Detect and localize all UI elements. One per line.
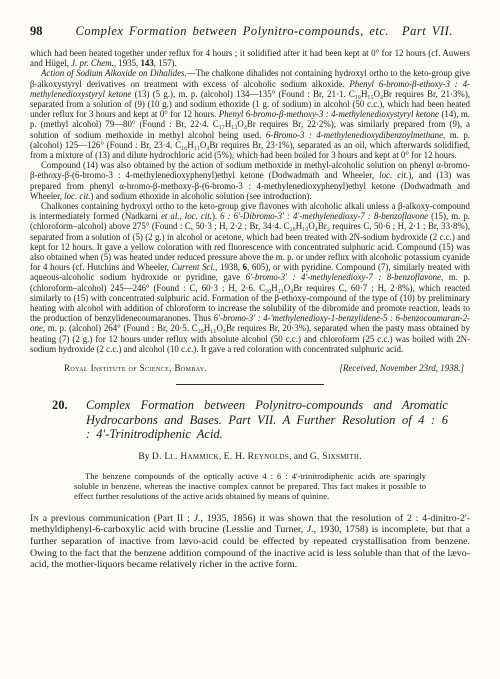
paragraph: Chalkones containing hydroxyl ortho to t… (30, 201, 470, 354)
institution-name: Royal Institute of Science, Bombay. (64, 363, 207, 373)
text-run: . (359, 452, 361, 462)
paragraph: Action of Sodium Alkoxide on Dihalides.—… (30, 68, 470, 160)
byline: By D. Ll. Hammick, E. H. Reynolds, and G… (30, 452, 470, 462)
text-run: J. (307, 524, 314, 535)
text-run: ). (212, 211, 220, 221)
received-date: [Received, November 23rd, 1938.] (339, 363, 464, 373)
text-run: et al., loc. cit. (161, 211, 212, 221)
text-run: Complex Formation between Polynitro-comp… (86, 398, 448, 441)
text-run: , and (289, 452, 310, 462)
journal-page-scan: 98 Complex Formation between Polynitro-c… (0, 0, 500, 679)
institution-signoff: Royal Institute of Science, Bombay. [Rec… (30, 363, 470, 373)
article-number: 20. (52, 398, 68, 413)
text-run: 6 : 6'-Dibromo-3' : 4'-methylenedioxy-7 … (220, 211, 428, 221)
text-run: 6-Bromo-3 : 4-methylenedioxydibenzoylmet… (266, 130, 443, 140)
text-run: , m. p. (alcohol) 264° (Found : Br, 20·5… (30, 323, 470, 353)
text-run: loc. cit. (379, 170, 408, 180)
experimental-section: which had been heated together under ref… (30, 48, 470, 354)
text-run: loc. cit. (64, 191, 90, 201)
text-run: J. pr. Chem. (71, 58, 114, 68)
text-run: a previous communication (Part II ; (39, 513, 194, 524)
article-title: Complex Formation between Polynitro-comp… (86, 398, 448, 441)
paragraph: which had been heated together under ref… (30, 48, 470, 68)
text-run: 6'-bromo-3' : 4'-methylenedioxy-7 : 8-be… (246, 272, 441, 282)
text-run: G. Sixsmith (310, 452, 359, 462)
running-title: Complex Formation between Polynitro-comp… (59, 24, 471, 39)
text-run: E. H. Reynolds (224, 452, 289, 462)
running-head: 98 Complex Formation between Polynitro-c… (30, 24, 470, 39)
text-run: D. Ll. Hammick (152, 452, 219, 462)
new-article: 20. Complex Formation between Polynitro-… (30, 398, 470, 570)
text-run: The benzene compounds of the optically a… (74, 471, 426, 501)
text-run: ) and sodium ethoxide in alcoholic solut… (91, 191, 312, 201)
paragraph: The benzene compounds of the optically a… (74, 471, 426, 501)
article-body: In a previous communication (Part II ; J… (30, 513, 470, 571)
paragraph: In a previous communication (Part II ; J… (30, 513, 470, 571)
abstract: The benzene compounds of the optically a… (74, 471, 426, 501)
text-run: 143 (140, 58, 153, 68)
page-number: 98 (30, 24, 43, 39)
text-run: Action of Sodium Alkoxide on Dihalides. (41, 68, 187, 78)
section-divider-rule (176, 384, 324, 385)
article-heading: 20. Complex Formation between Polynitro-… (86, 398, 448, 442)
text-run: , 1938, (215, 262, 242, 272)
text-run: , 157). (154, 58, 177, 68)
text-run: , 1935, (114, 58, 141, 68)
text-run: Current Sci. (172, 262, 215, 272)
paragraph: Compound (14) was also obtained by the a… (30, 160, 470, 201)
text-run: Phenyl 6-bromo-β-methoxy-3 : 4-methylene… (219, 109, 439, 119)
text-run: By (138, 452, 151, 462)
text-run: In (30, 513, 39, 524)
